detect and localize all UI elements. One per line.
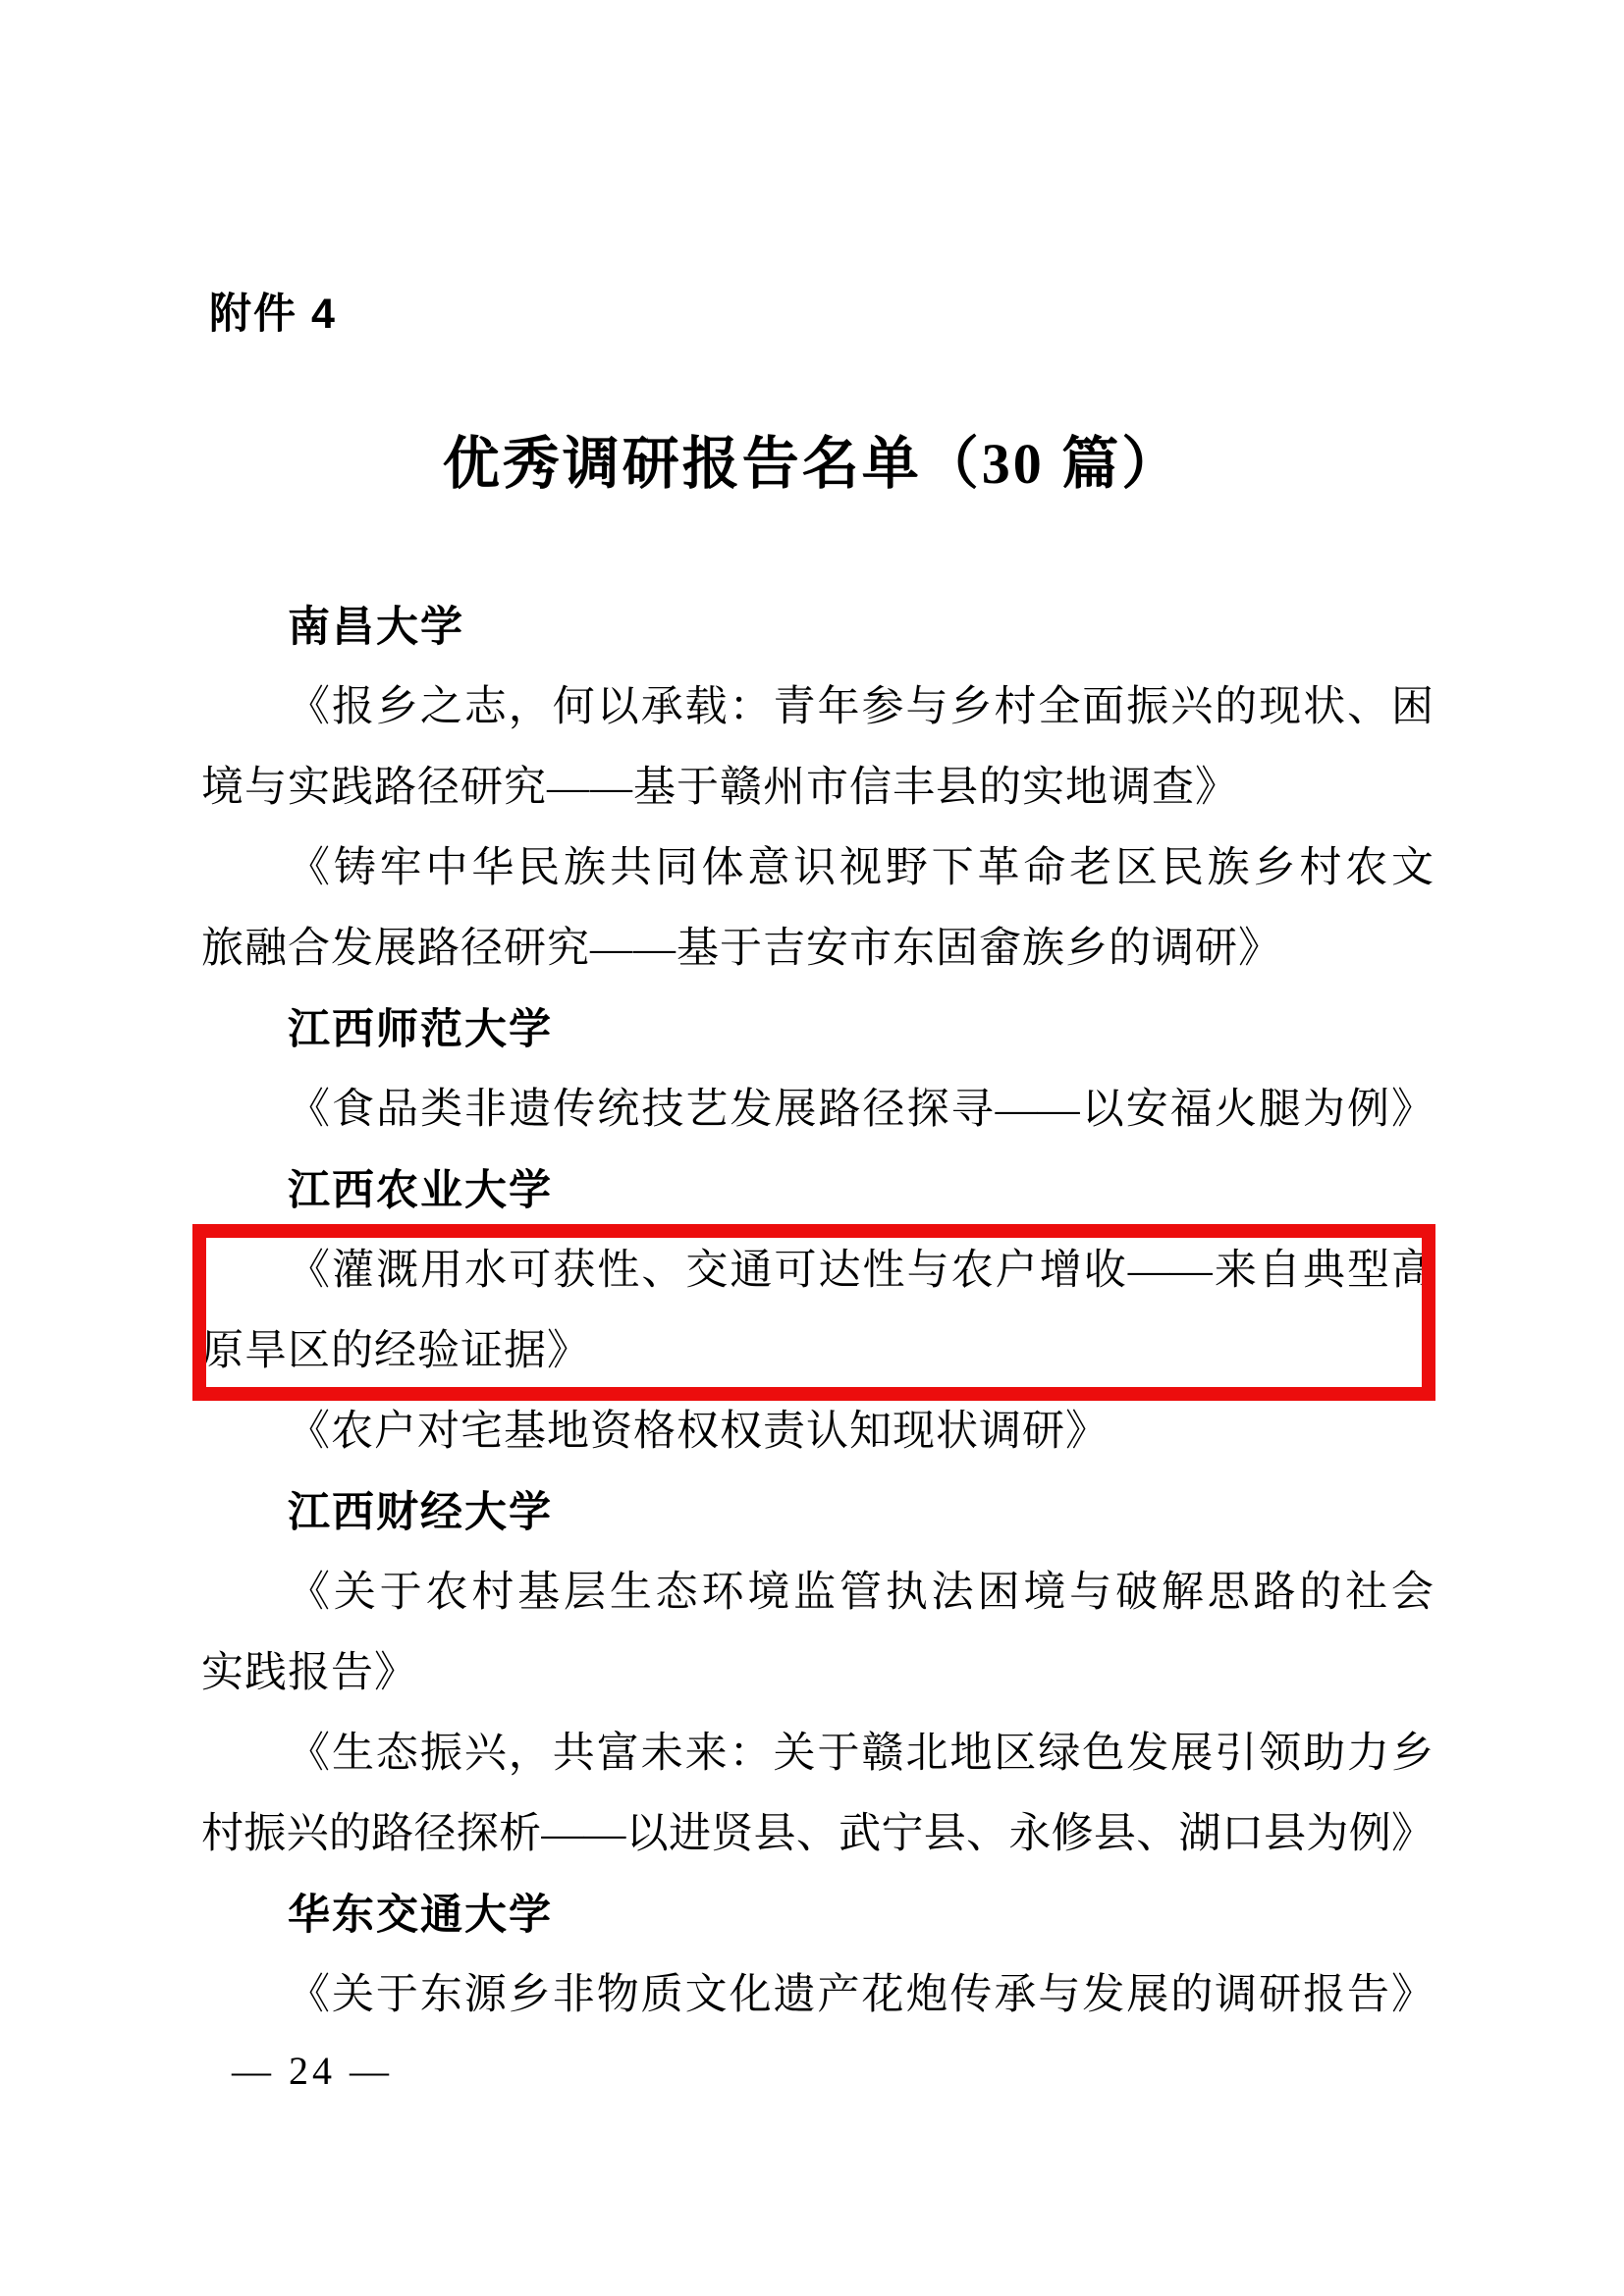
report-title-line: 实践报告》 bbox=[201, 1633, 1434, 1714]
university-heading: 江西农业大学 bbox=[201, 1150, 1434, 1231]
page-title: 优秀调研报告名单（30 篇） bbox=[0, 417, 1624, 500]
report-list: 南昌大学《报乡之志，何以承载：青年参与乡村全面振兴的现状、困境与实践路径研究——… bbox=[201, 587, 1434, 2036]
university-heading: 南昌大学 bbox=[201, 587, 1434, 667]
report-title-line: 《生态振兴，共富未来：关于赣北地区绿色发展引领助力乡 bbox=[201, 1714, 1434, 1794]
report-title-line: 旅融合发展路径研究——基于吉安市东固畲族乡的调研》 bbox=[201, 909, 1434, 989]
university-heading: 江西师范大学 bbox=[201, 989, 1434, 1070]
report-title-line: 《农户对宅基地资格权权责认知现状调研》 bbox=[201, 1392, 1434, 1472]
report-title-line: 境与实践路径研究——基于赣州市信丰县的实地调查》 bbox=[201, 748, 1434, 828]
university-heading: 华东交通大学 bbox=[201, 1875, 1434, 1955]
report-title-line: 《关于东源乡非物质文化遗产花炮传承与发展的调研报告》 bbox=[201, 1955, 1434, 2036]
report-title-line: 《报乡之志，何以承载：青年参与乡村全面振兴的现状、困 bbox=[201, 667, 1434, 748]
report-title-line: 《灌溉用水可获性、交通可达性与农户增收——来自典型高 bbox=[201, 1231, 1434, 1311]
report-title-line: 村振兴的路径探析——以进贤县、武宁县、永修县、湖口县为例》 bbox=[201, 1794, 1434, 1875]
report-title-line: 《关于农村基层生态环境监管执法困境与破解思路的社会 bbox=[201, 1553, 1434, 1633]
university-heading: 江西财经大学 bbox=[201, 1472, 1434, 1553]
attachment-label: 附件 4 bbox=[209, 281, 337, 341]
report-title-line: 《铸牢中华民族共同体意识视野下革命老区民族乡村农文 bbox=[201, 828, 1434, 909]
report-title-line: 《食品类非遗传统技艺发展路径探寻——以安福火腿为例》 bbox=[201, 1070, 1434, 1150]
page-number: — 24 — bbox=[232, 2048, 393, 2094]
report-title-line: 原旱区的经验证据》 bbox=[201, 1311, 1434, 1392]
